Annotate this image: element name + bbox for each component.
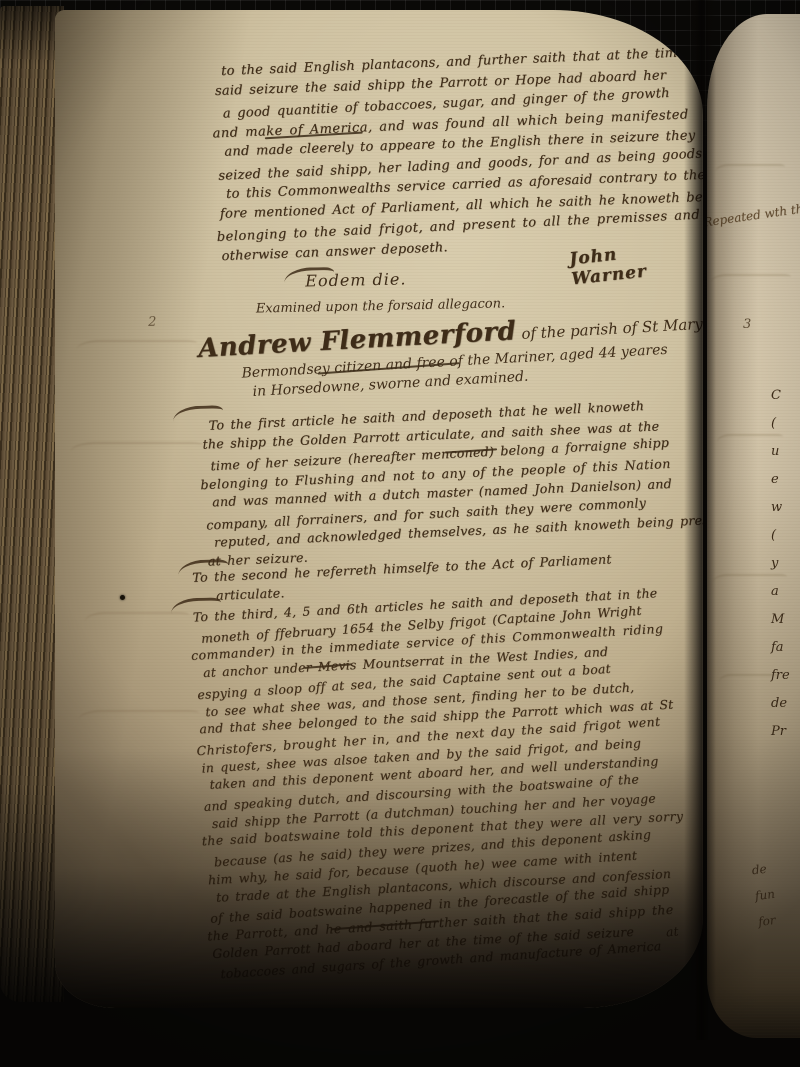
manuscript-line: C — [771, 382, 790, 410]
manuscript-line: for — [757, 907, 780, 935]
manuscript-line: y — [771, 550, 790, 578]
left-page: 2 to the said English plantacons, and fu… — [55, 10, 703, 1008]
left-page-number: 2 — [148, 315, 157, 330]
manuscript-line: fre — [771, 662, 790, 690]
manuscript-line: fun — [753, 881, 776, 909]
right-page: Repeated wth the 3 C(uew(yaMfafredePr de… — [707, 14, 800, 1038]
manuscript-line: a — [771, 578, 790, 606]
manuscript-line: de — [771, 690, 790, 718]
right-page-number: 3 — [743, 317, 751, 332]
manuscript-line: de — [750, 855, 773, 883]
article1-paragraph: To the first article he saith and depose… — [201, 392, 703, 572]
manuscript-line: e — [771, 466, 790, 494]
manuscript-text: 2 to the said English plantacons, and fu… — [55, 10, 703, 1008]
margin-note: Repeated wth the — [707, 201, 800, 230]
right-page-line-starts: C(uew(yaMfafredePr — [771, 382, 790, 746]
deponent-heading: Andrew Flemmerford of the parish of St M… — [197, 301, 703, 403]
article3-paragraph: To the third, 4, 5 and 6th articles he s… — [192, 582, 691, 983]
right-page-bottom-fragments: defunfor — [750, 855, 779, 935]
manuscript-photo: 2 to the said English plantacons, and fu… — [0, 0, 800, 1067]
manuscript-line: u — [771, 438, 790, 466]
wormhole — [120, 595, 125, 600]
ink-showthrough — [719, 674, 779, 682]
manuscript-line: fa — [771, 634, 790, 662]
manuscript-line: w — [771, 494, 790, 522]
heading-line-1-rest: of the parish of St Mary Magdalen — [521, 310, 703, 343]
ink-showthrough — [715, 164, 785, 172]
opening-paragraph: to the said English plantacons, and furt… — [214, 42, 703, 268]
trailing-fragment: at — [665, 923, 679, 939]
ink-showthrough — [711, 274, 791, 282]
manuscript-line: M — [771, 606, 790, 634]
examined-line: Examined upon the forsaid allegacon. — [256, 296, 506, 316]
manuscript-line: ( — [771, 522, 790, 550]
manuscript-line: ( — [771, 410, 790, 438]
eodem-die-line: Eodem die. — [305, 269, 407, 290]
manuscript-line: Pr — [771, 718, 790, 746]
